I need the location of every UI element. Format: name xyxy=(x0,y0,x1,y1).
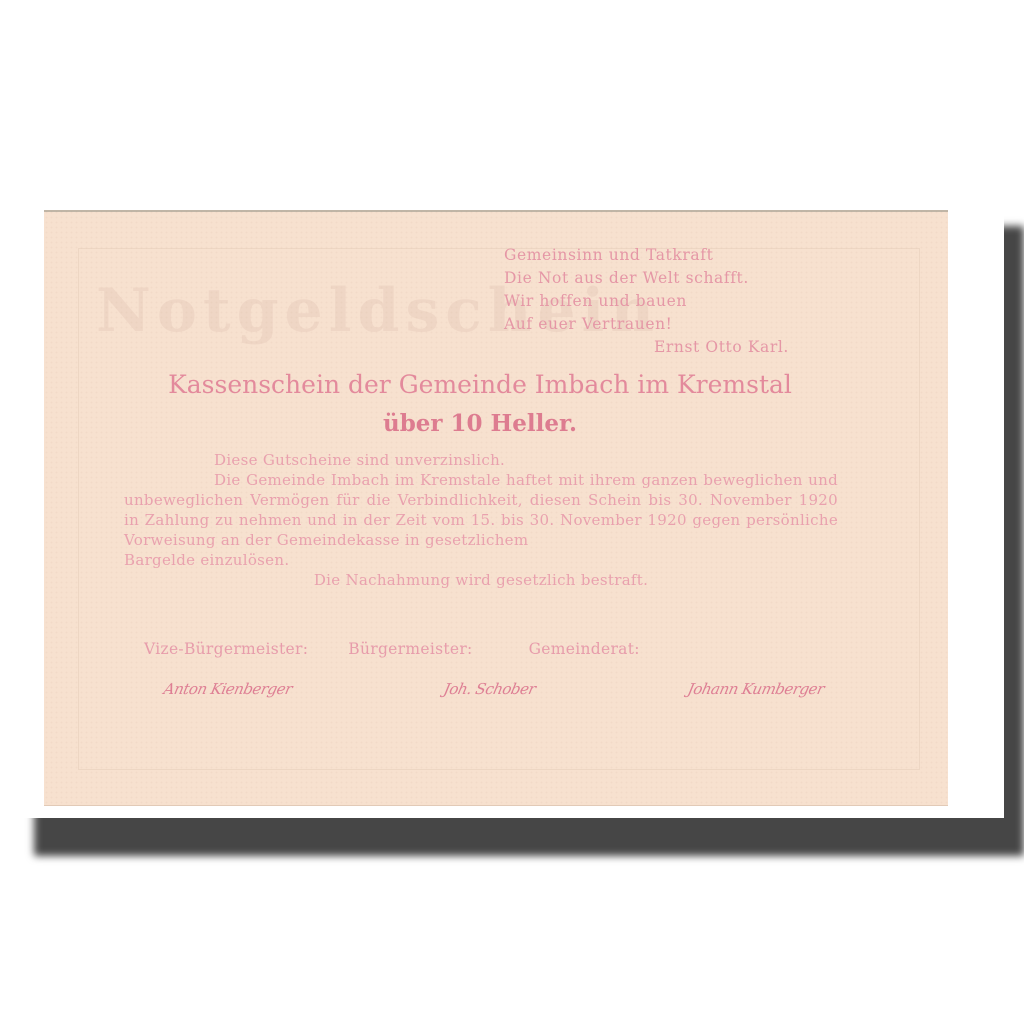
signature-council: Johann Kumberger xyxy=(686,680,826,698)
motto-verse: Gemeinsinn und Tatkraft Die Not aus der … xyxy=(504,244,789,359)
legal-line-1: Diese Gutscheine sind unverzinslich. xyxy=(124,450,838,470)
label-council: Gemeinderat: xyxy=(529,640,640,658)
motto-line: Gemeinsinn und Tatkraft xyxy=(504,244,789,267)
signature-mayor: Joh. Schober xyxy=(442,680,537,698)
legal-paragraph: Die Gemeinde Imbach im Kremstale haftet … xyxy=(124,470,838,550)
label-vice-mayor: Vize-Bürgermeister: xyxy=(144,640,308,658)
motto-author: Ernst Otto Karl. xyxy=(654,336,789,359)
motto-line: Die Not aus der Welt schafft. xyxy=(504,267,789,290)
motto-line: Wir hoffen und bauen xyxy=(504,290,789,313)
legal-paragraph-end: Bargelde einzulösen. xyxy=(124,550,838,570)
banknote-reverse: Notgeldschein Gemeinsinn und Tatkraft Di… xyxy=(44,210,948,806)
signature-vice-mayor: Anton Kienberger xyxy=(162,680,294,698)
note-title: Kassenschein der Gemeinde Imbach im Krem… xyxy=(120,370,840,399)
motto-line: Auf euer Vertrauen! xyxy=(504,313,789,336)
counterfeit-warning: Die Nachahmung wird gesetzlich bestraft. xyxy=(124,570,838,590)
label-mayor: Bürgermeister: xyxy=(348,640,472,658)
legal-text: Diese Gutscheine sind unverzinslich. Die… xyxy=(124,450,838,590)
signatures: Anton Kienberger Joh. Schober Johann Kum… xyxy=(164,680,824,698)
signature-labels: Vize-Bürgermeister: Bürgermeister: Gemei… xyxy=(144,640,844,658)
denomination: über 10 Heller. xyxy=(120,410,840,437)
